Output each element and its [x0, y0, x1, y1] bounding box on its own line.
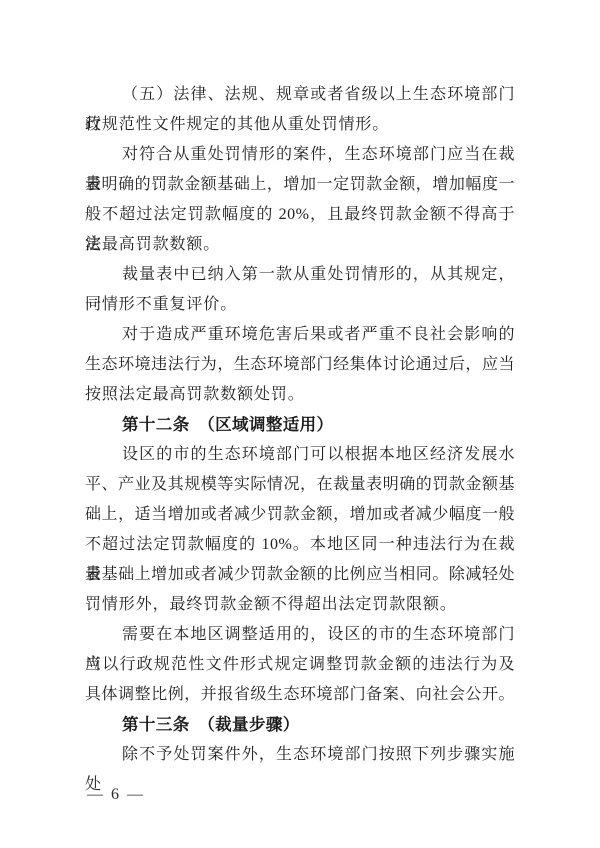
document-body: （五）法律、法规、规章或者省级以上生态环境部门行政规范性文件规定的其他从重处罚情…	[85, 80, 515, 770]
text-line: 平、产业及其规模等实际情况，在裁量表明确的罚款金额基	[85, 470, 515, 500]
text-line: 表明确的罚款金额基础上，增加一定罚款金额，增加幅度一	[85, 170, 515, 200]
text-line: 定最高罚款数额。	[85, 230, 515, 260]
text-line: 具体调整比例，并报省级生态环境部门备案、向社会公开。	[85, 680, 515, 710]
article-heading: 第十三条 （裁量步骤）	[85, 710, 515, 740]
text-line: 不超过法定罚款幅度的 10%。本地区同一种违法行为在裁量	[85, 530, 515, 560]
text-line: 除不予处罚案件外，生态环境部门按照下列步骤实施处	[85, 740, 515, 770]
text-line: 当以行政规范性文件形式规定调整罚款金额的违法行为及	[85, 650, 515, 680]
text-line: 表基础上增加或者减少罚款金额的比例应当相同。除减轻处	[85, 560, 515, 590]
text-line: 设区的市的生态环境部门可以根据本地区经济发展水	[85, 440, 515, 470]
text-line: 般不超过法定罚款幅度的 20%，且最终罚款金额不得高于法	[85, 200, 515, 230]
text-line: 对符合从重处罚情形的案件，生态环境部门应当在裁量	[85, 140, 515, 170]
article-heading: 第十二条 （区域调整适用）	[85, 410, 515, 440]
text-line: 一情形不重复评价。	[85, 290, 515, 320]
text-line: 生态环境违法行为，生态环境部门经集体讨论通过后，应当	[85, 350, 515, 380]
page-number: — 6 —	[87, 783, 145, 807]
text-line: 对于造成严重环境危害后果或者严重不良社会影响的	[85, 320, 515, 350]
text-line: （五）法律、法规、规章或者省级以上生态环境部门行	[85, 80, 515, 110]
text-line: 裁量表中已纳入第一款从重处罚情形的，从其规定，同	[85, 260, 515, 290]
text-line: 政规范性文件规定的其他从重处罚情形。	[85, 110, 515, 140]
text-line: 按照法定最高罚款数额处罚。	[85, 380, 515, 410]
text-line: 需要在本地区调整适用的，设区的市的生态环境部门应	[85, 620, 515, 650]
document-page: （五）法律、法规、规章或者省级以上生态环境部门行政规范性文件规定的其他从重处罚情…	[0, 0, 600, 848]
text-line: 础上，适当增加或者减少罚款金额，增加或者减少幅度一般	[85, 500, 515, 530]
text-line: 罚情形外，最终罚款金额不得超出法定罚款限额。	[85, 590, 515, 620]
